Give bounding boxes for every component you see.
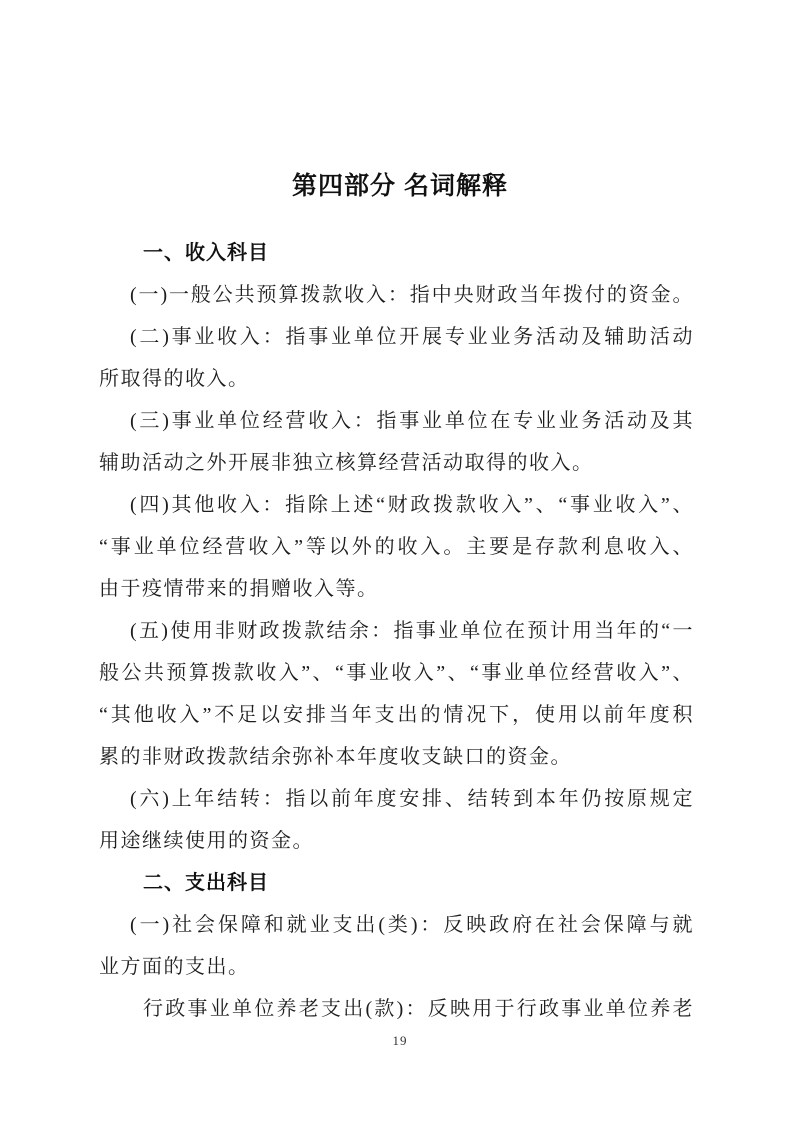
expense-term-1-line-1: (一)社会保障和就业支出(类)：反映政府在社会保障与就 [99, 904, 693, 946]
income-term-5-line-1: (五)使用非财政拨款结余：指事业单位在预计用当年的“一 [99, 610, 693, 652]
income-term-2-line-2: 所取得的收入。 [99, 358, 693, 400]
document-title: 第四部分 名词解释 [0, 168, 800, 204]
section-2-heading: 二、支出科目 [99, 862, 693, 904]
income-term-5-line-4: 累的非财政拨款结余弥补本年度收支缺口的资金。 [99, 736, 693, 778]
income-term-5-line-3: “其他收入”不足以安排当年支出的情况下，使用以前年度积 [99, 694, 693, 736]
income-term-4-line-1: (四)其他收入：指除上述“财政拨款收入”、“事业收入”、 [99, 484, 693, 526]
section-1-heading: 一、收入科目 [99, 232, 693, 274]
income-term-3-line-1: (三)事业单位经营收入：指事业单位在专业业务活动及其 [99, 400, 693, 442]
income-term-1-line-1: (一)一般公共预算拨款收入：指中央财政当年拨付的资金。 [99, 274, 693, 316]
income-term-6-line-2: 用途继续使用的资金。 [99, 820, 693, 862]
income-term-5-line-2: 般公共预算拨款收入”、“事业收入”、“事业单位经营收入”、 [99, 652, 693, 694]
income-term-2-line-1: (二)事业收入：指事业单位开展专业业务活动及辅助活动 [99, 316, 693, 358]
page-number: 19 [0, 1031, 800, 1051]
document-page: 第四部分 名词解释 一、收入科目 (一)一般公共预算拨款收入：指中央财政当年拨付… [0, 0, 800, 1131]
income-term-4-line-2: “事业单位经营收入”等以外的收入。主要是存款利息收入、 [99, 526, 693, 568]
document-body: 一、收入科目 (一)一般公共预算拨款收入：指中央财政当年拨付的资金。 (二)事业… [99, 232, 693, 1030]
income-term-3-line-2: 辅助活动之外开展非独立核算经营活动取得的收入。 [99, 442, 693, 484]
income-term-6-line-1: (六)上年结转：指以前年度安排、结转到本年仍按原规定 [99, 778, 693, 820]
income-term-4-line-3: 由于疫情带来的捐赠收入等。 [99, 568, 693, 610]
expense-term-1-line-2: 业方面的支出。 [99, 946, 693, 988]
expense-term-2-line-1: 行政事业单位养老支出(款)：反映用于行政事业单位养老 [99, 988, 693, 1030]
